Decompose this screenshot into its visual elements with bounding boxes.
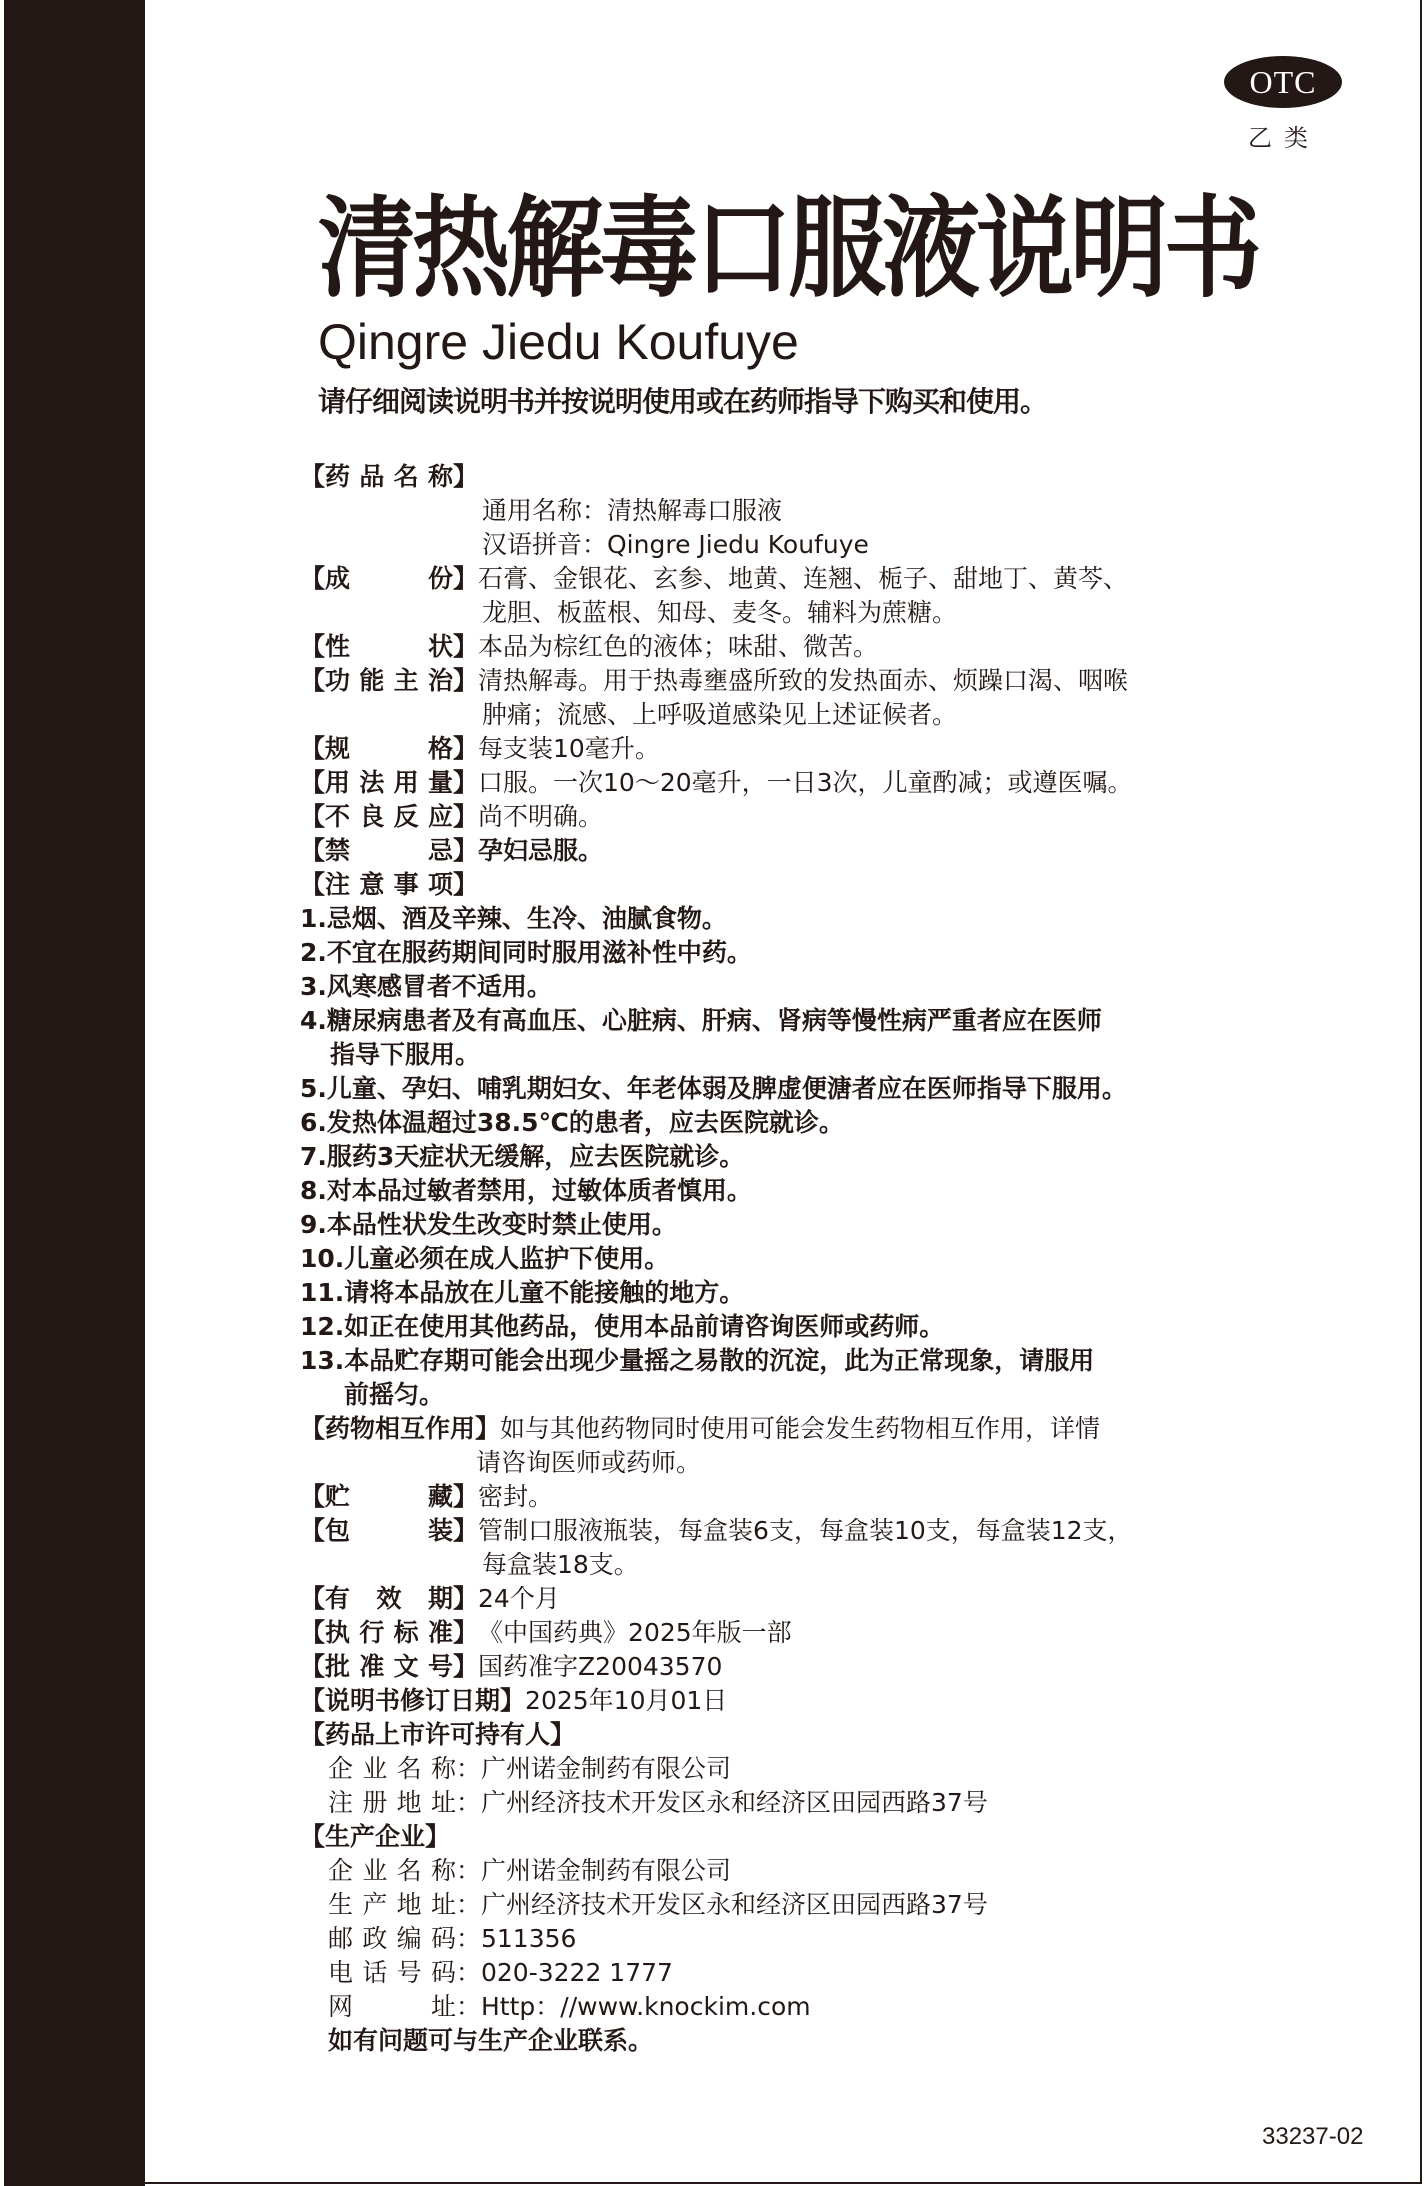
section-label: 【有效期】 (300, 1582, 478, 1616)
precaution-item: 3.风寒感冒者不适用。 (300, 970, 1410, 1004)
usage-notice: 请仔细阅读说明书并按说明使用或在药师指导下购买和使用。 (318, 384, 1047, 420)
contact-note: 如有问题可与生产企业联系。 (300, 2024, 1410, 2058)
section-label: 【禁 忌】 (300, 834, 478, 868)
section-ingredients: 【成 份】 石膏、金银花、玄参、地黄、连翘、栀子、甜地丁、黄芩、 (300, 562, 1410, 596)
section-packaging: 【包 装】 管制口服液瓶装，每盒装6支，每盒装10支，每盒装12支， (300, 1514, 1410, 1548)
section-precautions: 【注意事项】 (300, 868, 1410, 902)
ingredients-continuation: 龙胆、板蓝根、知母、麦冬。辅料为蔗糖。 (300, 596, 1410, 630)
generic-name: 通用名称：清热解毒口服液 (300, 494, 1410, 528)
section-storage: 【贮 藏】 密封。 (300, 1480, 1410, 1514)
precaution-item: 10.儿童必须在成人监护下使用。 (300, 1242, 1410, 1276)
section-label: 【药品上市许可持有人】 (300, 1718, 575, 1752)
field-value: ：广州诺金制药有限公司 (456, 1856, 731, 1885)
section-adverse-reactions: 【不良反应】 尚不明确。 (300, 800, 1410, 834)
precaution-item: 8.对本品过敏者禁用，过敏体质者慎用。 (300, 1174, 1410, 1208)
section-label: 【用法用量】 (300, 766, 478, 800)
contraindications-value: 孕妇忌服。 (478, 834, 603, 868)
precaution-item: 12.如正在使用其他药品，使用本品前请咨询医师或药师。 (300, 1310, 1410, 1344)
section-label: 【贮 藏】 (300, 1480, 478, 1514)
section-label: 【不良反应】 (300, 800, 478, 834)
section-label: 【功能主治】 (300, 664, 478, 698)
manufacturer-website: 网址：Http：//www.knockim.com (300, 1990, 1410, 2024)
packaging-line-2: 每盒装18支。 (482, 1548, 639, 1582)
adverse-reactions-value: 尚不明确。 (478, 800, 603, 834)
section-standard: 【执行标准】 《中国药典》2025年版一部 (300, 1616, 1410, 1650)
section-label: 【成 份】 (300, 562, 478, 596)
section-approval-number: 【批准文号】 国药准字Z20043570 (300, 1650, 1410, 1684)
packaging-line-1: 管制口服液瓶装，每盒装6支，每盒装10支，每盒装12支， (478, 1514, 1133, 1548)
leaflet-content: 【药品名称】 通用名称：清热解毒口服液 汉语拼音：Qingre Jiedu Ko… (300, 460, 1410, 2058)
section-label: 【生产企业】 (300, 1820, 450, 1854)
manufacturer-company: 企业名称：广州诺金制药有限公司 (300, 1854, 1410, 1888)
precaution-item: 6.发热体温超过38.5℃的患者，应去医院就诊。 (300, 1106, 1410, 1140)
manufacturer-phone: 电话号码：020-3222 1777 (300, 1956, 1410, 1990)
dosage-value: 口服。一次10～20毫升，一日3次，儿童酌减；或遵医嘱。 (478, 766, 1133, 800)
section-label: 【药物相互作用】 (300, 1412, 500, 1446)
mah-company: 企业名称：广州诺金制药有限公司 (300, 1752, 1410, 1786)
left-color-bar (4, 0, 145, 2186)
page-title: 清热解毒口服液说明书 (318, 188, 1258, 311)
section-description: 【性 状】 本品为棕红色的液体；味甜、微苦。 (300, 630, 1410, 664)
field-key: 邮政编码 (328, 1922, 456, 1956)
field-key: 注册地址 (328, 1786, 456, 1820)
field-value: ：020-3222 1777 (456, 1958, 673, 1987)
indications-continuation: 肿痛；流感、上呼吸道感染见上述证候者。 (300, 698, 1410, 732)
precaution-item: 13.本品贮存期可能会出现少量摇之易散的沉淀，此为正常现象，请服用 (300, 1344, 1410, 1378)
section-label: 【说明书修订日期】 (300, 1684, 525, 1718)
section-label: 【性 状】 (300, 630, 478, 664)
revision-date-value: 2025年10月01日 (525, 1684, 727, 1718)
section-label: 【药品名称】 (300, 460, 478, 494)
precaution-item: 11.请将本品放在儿童不能接触的地方。 (300, 1276, 1410, 1310)
page-subtitle-pinyin: Qingre Jiedu Koufuye (318, 312, 799, 372)
packaging-continuation: 每盒装18支。 (300, 1548, 1410, 1582)
precaution-item-continuation: 前摇匀。 (300, 1378, 1410, 1412)
section-shelf-life: 【有效期】 24个月 (300, 1582, 1410, 1616)
field-key: 企业名称 (328, 1854, 456, 1888)
specification-value: 每支装10毫升。 (478, 732, 660, 766)
ingredients-line-2: 龙胆、板蓝根、知母、麦冬。辅料为蔗糖。 (482, 596, 957, 630)
field-key: 电话号码 (328, 1956, 456, 1990)
precaution-item: 2.不宜在服药期间同时服用滋补性中药。 (300, 936, 1410, 970)
pinyin-value: 汉语拼音：Qingre Jiedu Koufuye (482, 528, 869, 562)
approval-number-value: 国药准字Z20043570 (478, 1650, 722, 1684)
description-value: 本品为棕红色的液体；味甜、微苦。 (478, 630, 878, 664)
right-border (1420, 0, 1422, 2184)
precaution-item-continuation: 指导下服用。 (300, 1038, 1410, 1072)
precaution-item: 7.服药3天症状无缓解，应去医院就诊。 (300, 1140, 1410, 1174)
field-key: 网址 (328, 1990, 456, 2024)
interactions-line-2: 请咨询医师或药师。 (476, 1446, 701, 1480)
bottom-border (145, 2182, 1422, 2184)
section-revision-date: 【说明书修订日期】 2025年10月01日 (300, 1684, 1410, 1718)
section-label: 【包 装】 (300, 1514, 478, 1548)
indications-line-1: 清热解毒。用于热毒壅盛所致的发热面赤、烦躁口渴、咽喉 (478, 664, 1128, 698)
storage-value: 密封。 (478, 1480, 553, 1514)
section-drug-name: 【药品名称】 (300, 460, 1410, 494)
section-label: 【批准文号】 (300, 1650, 478, 1684)
generic-name-value: 通用名称：清热解毒口服液 (482, 494, 782, 528)
shelf-life-value: 24个月 (478, 1582, 560, 1616)
indications-line-2: 肿痛；流感、上呼吸道感染见上述证候者。 (482, 698, 957, 732)
otc-badge: OTC (1224, 56, 1342, 108)
section-label: 【注意事项】 (300, 868, 478, 902)
manufacturer-postcode: 邮政编码：511356 (300, 1922, 1410, 1956)
section-label: 【规 格】 (300, 732, 478, 766)
field-value: ：广州诺金制药有限公司 (456, 1754, 731, 1783)
interactions-continuation: 请咨询医师或药师。 (300, 1446, 1410, 1480)
standard-value: 《中国药典》2025年版一部 (478, 1616, 792, 1650)
manufacturer-address: 生产地址：广州经济技术开发区永和经济区田园西路37号 (300, 1888, 1410, 1922)
section-specification: 【规 格】 每支装10毫升。 (300, 732, 1410, 766)
pinyin-name: 汉语拼音：Qingre Jiedu Koufuye (300, 528, 1410, 562)
precaution-item: 1.忌烟、酒及辛辣、生冷、油腻食物。 (300, 902, 1410, 936)
mah-address: 注册地址：广州经济技术开发区永和经济区田园西路37号 (300, 1786, 1410, 1820)
section-interactions: 【药物相互作用】 如与其他药物同时使用可能会发生药物相互作用，详情 (300, 1412, 1410, 1446)
section-manufacturer: 【生产企业】 (300, 1820, 1410, 1854)
field-value: ：广州经济技术开发区永和经济区田园西路37号 (456, 1788, 988, 1817)
section-dosage: 【用法用量】 口服。一次10～20毫升，一日3次，儿童酌减；或遵医嘱。 (300, 766, 1410, 800)
otc-class-label: 乙类 (1244, 118, 1324, 153)
section-mah: 【药品上市许可持有人】 (300, 1718, 1410, 1752)
section-contraindications: 【禁 忌】 孕妇忌服。 (300, 834, 1410, 868)
field-value: ：广州经济技术开发区永和经济区田园西路37号 (456, 1890, 988, 1919)
field-value: ：Http：//www.knockim.com (456, 1992, 811, 2021)
interactions-line-1: 如与其他药物同时使用可能会发生药物相互作用，详情 (500, 1412, 1100, 1446)
field-key: 生产地址 (328, 1888, 456, 1922)
section-indications: 【功能主治】 清热解毒。用于热毒壅盛所致的发热面赤、烦躁口渴、咽喉 (300, 664, 1410, 698)
precaution-item: 4.糖尿病患者及有高血压、心脏病、肝病、肾病等慢性病严重者应在医师 (300, 1004, 1410, 1038)
precaution-item: 5.儿童、孕妇、哺乳期妇女、年老体弱及脾虚便溏者应在医师指导下服用。 (300, 1072, 1410, 1106)
field-key: 企业名称 (328, 1752, 456, 1786)
section-label: 【执行标准】 (300, 1616, 478, 1650)
document-code: 33237-02 (1262, 2123, 1363, 2151)
ingredients-line-1: 石膏、金银花、玄参、地黄、连翘、栀子、甜地丁、黄芩、 (478, 562, 1128, 596)
precaution-item: 9.本品性状发生改变时禁止使用。 (300, 1208, 1410, 1242)
field-value: ：511356 (456, 1924, 576, 1953)
